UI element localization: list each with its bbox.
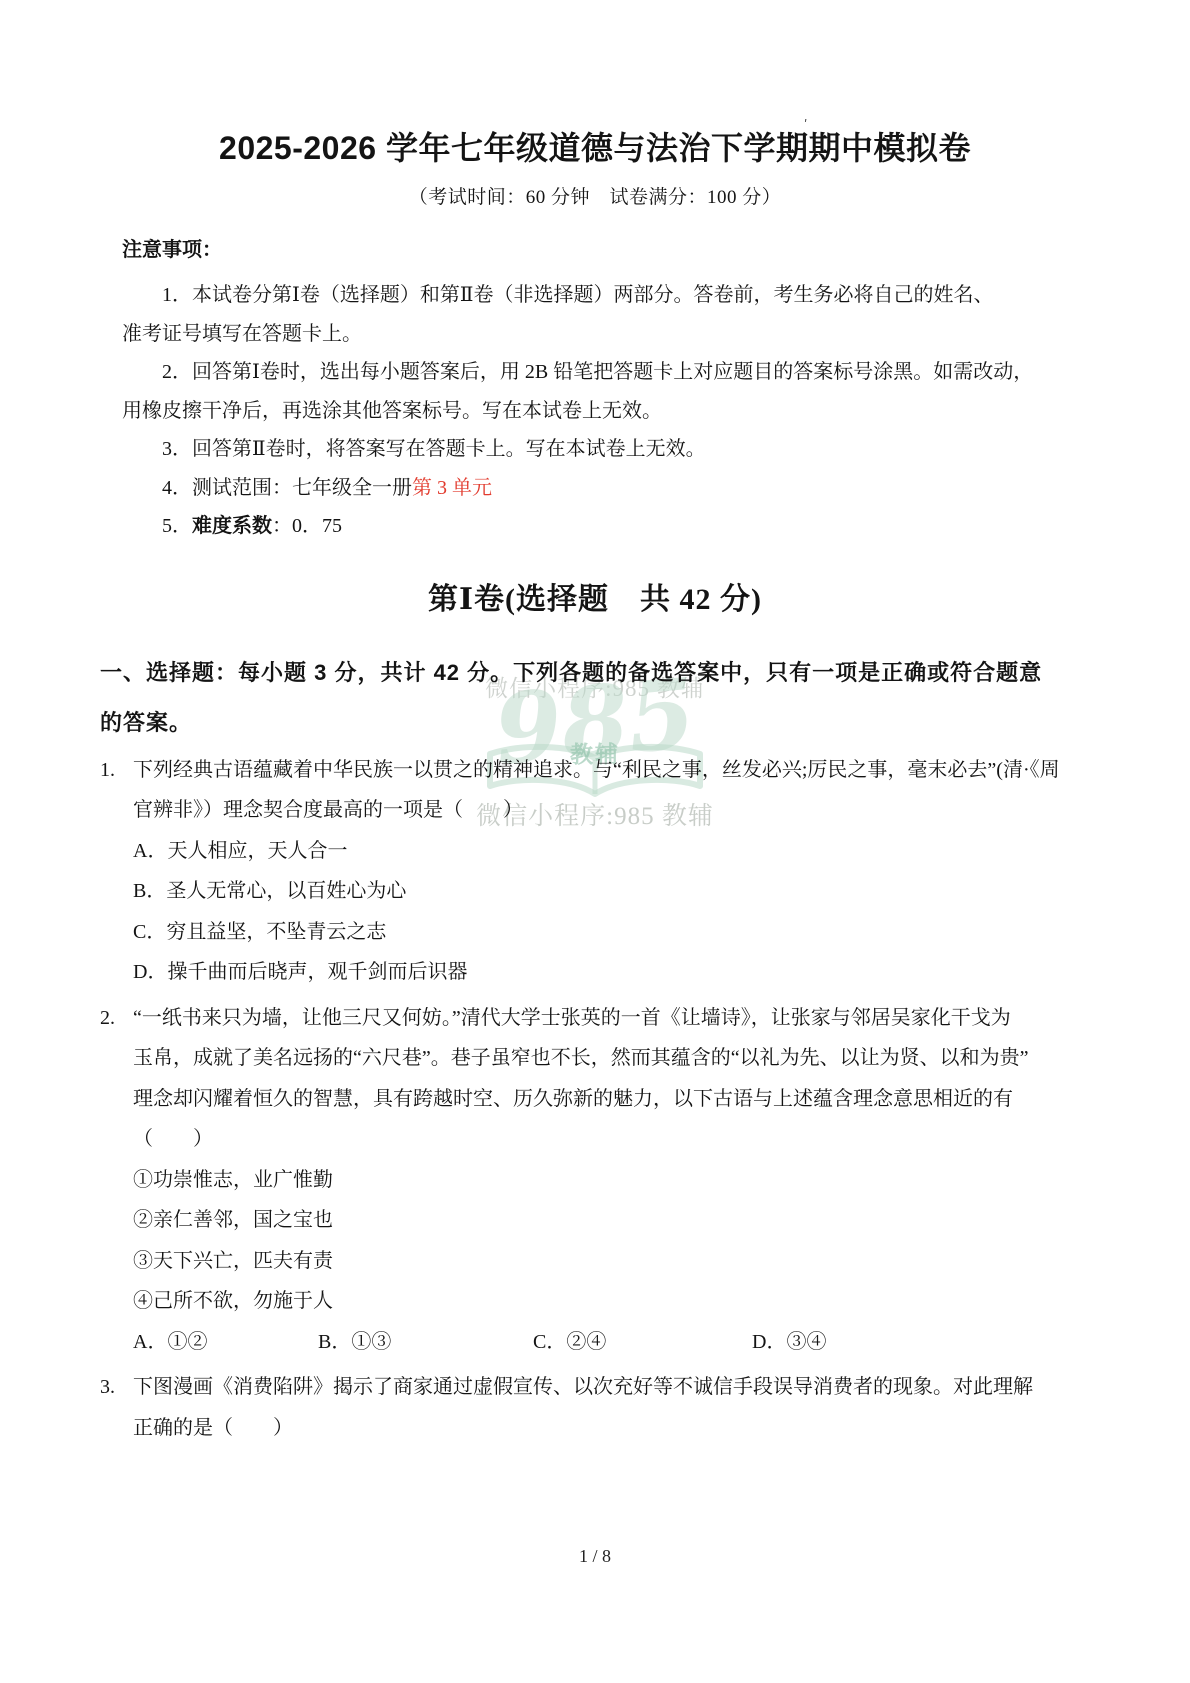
question-3: 3. 下图漫画《消费陷阱》揭示了商家通过虚假宣传、以次充好等不诚信手段误导消费者…: [100, 1367, 1090, 1448]
choice-item: B．①③: [318, 1322, 533, 1363]
option-item: C．穷且益坚，不坠青云之志: [133, 912, 1090, 953]
option-item: A．天人相应，天人合一: [133, 831, 1090, 872]
notice-item-3: 3．回答第Ⅱ卷时，将答案写在答题卡上。写在本试卷上无效。: [122, 430, 1090, 469]
question-list: 1. 下列经典古语蕴藏着中华民族一以贯之的精神追求。与“利民之事，丝发必兴;厉民…: [100, 750, 1090, 1449]
notice-line: 3．回答第Ⅱ卷时，将答案写在答题卡上。写在本试卷上无效。: [122, 430, 1090, 469]
notice-item-5-num: 5．: [162, 515, 192, 537]
notice-item-2: 2．回答第Ⅰ卷时，选出每小题答案后，用 2B 铅笔把答题卡上对应题目的答案标号涂…: [122, 353, 1090, 430]
notice-item-4: 4．测试范围：七年级全一册第 3 单元: [122, 469, 1090, 508]
notice-line: 2．回答第Ⅰ卷时，选出每小题答案后，用 2B 铅笔把答题卡上对应题目的答案标号涂…: [122, 353, 1090, 392]
notice-line: 1．本试卷分第Ⅰ卷（选择题）和第Ⅱ卷（非选择题）两部分。答卷前，考生务必将自己的…: [122, 276, 1090, 315]
option-item: B．圣人无常心，以百姓心为心: [133, 871, 1090, 912]
notice-item-5: 5．难度系数：0．75: [122, 507, 1090, 546]
notice-heading: 注意事项：: [122, 235, 1090, 265]
question-stem-line: 下图漫画《消费陷阱》揭示了商家通过虚假宣传、以次充好等不诚信手段误导消费者的现象…: [133, 1367, 1090, 1408]
page-footer: 1 / 8: [0, 1546, 1190, 1567]
difficulty-label: 难度系数: [192, 515, 272, 537]
question-stem-line: 玉帛，成就了美名远扬的“六尺巷”。巷子虽窄也不长，然而其蕴含的“以礼为先、以让为…: [133, 1038, 1090, 1079]
notice-line: 用橡皮擦干净后，再选涂其他答案标号。写在本试卷上无效。: [122, 392, 1090, 431]
question-number: 1.: [100, 750, 115, 791]
section1-intro: 一、选择题：每小题 3 分，共计 42 分。下列各题的备选答案中，只有一项是正确…: [100, 648, 1090, 748]
intro-line: 的答案。: [100, 698, 1090, 748]
question-1: 1. 下列经典古语蕴藏着中华民族一以贯之的精神追求。与“利民之事，丝发必兴;厉民…: [100, 750, 1090, 993]
question-number: 2.: [100, 998, 115, 1039]
choice-row: A．①②B．①③C．②④D．③④: [133, 1322, 1090, 1363]
choice-item: C．②④: [533, 1322, 752, 1363]
notice-item-1: 1．本试卷分第Ⅰ卷（选择题）和第Ⅱ卷（非选择题）两部分。答卷前，考生务必将自己的…: [122, 276, 1090, 353]
corner-mark: ʹ: [804, 118, 807, 132]
statement-item: ①功崇惟志，业广惟勤: [133, 1160, 1090, 1201]
question-number: 3.: [100, 1367, 115, 1408]
question-stem-line: 理念却闪耀着恒久的智慧，具有跨越时空、历久弥新的魅力，以下古语与上述蕴含理念意思…: [133, 1079, 1090, 1120]
question-stem-line: 下列经典古语蕴藏着中华民族一以贯之的精神追求。与“利民之事，丝发必兴;厉民之事，…: [133, 750, 1090, 791]
intro-line: 一、选择题：每小题 3 分，共计 42 分。下列各题的备选答案中，只有一项是正确…: [100, 648, 1090, 698]
question-stem-line: 官辨非》）理念契合度最高的一项是（ ）: [133, 790, 1090, 831]
notice-section: 注意事项： 1．本试卷分第Ⅰ卷（选择题）和第Ⅱ卷（非选择题）两部分。答卷前，考生…: [122, 235, 1090, 546]
choice-item: D．③④: [752, 1322, 826, 1363]
exam-paper-page: 微信小程序:985 教辅 985 教辅 微信小程序:985 教辅 ʹ 2025-…: [0, 0, 1190, 1683]
page-title: 2025-2026 学年七年级道德与法治下学期期中模拟卷: [100, 128, 1090, 168]
page-content: 2025-2026 学年七年级道德与法治下学期期中模拟卷 （考试时间：60 分钟…: [0, 0, 1190, 1448]
question-2: 2. “一纸书来只为墙，让他三尺又何妨。”清代大学士张英的一首《让墙诗》，让张家…: [100, 998, 1090, 1363]
notice-scope-highlight: 第 3 单元: [412, 477, 492, 499]
statement-item: ③天下兴亡，匹夫有责: [133, 1241, 1090, 1282]
difficulty-value: ：0．75: [272, 515, 342, 537]
question-stem-line: “一纸书来只为墙，让他三尺又何妨。”清代大学士张英的一首《让墙诗》，让张家与邻居…: [133, 998, 1090, 1039]
question-stem-line: 正确的是（ ）: [133, 1408, 1090, 1449]
notice-line: 4．测试范围：七年级全一册第 3 单元: [122, 469, 1090, 508]
notice-item-4-text: 4．测试范围：七年级全一册: [162, 477, 412, 499]
notice-line: 5．难度系数：0．75: [122, 507, 1090, 546]
exam-meta: （考试时间：60 分钟 试卷满分：100 分）: [100, 185, 1090, 211]
section1-heading: 第Ⅰ卷(选择题 共 42 分): [100, 580, 1090, 620]
option-item: D．操千曲而后晓声，观千剑而后识器: [133, 952, 1090, 993]
statement-item: ②亲仁善邻，国之宝也: [133, 1200, 1090, 1241]
question-stem-line: （ ）: [133, 1119, 1090, 1160]
notice-line: 准考证号填写在答题卡上。: [122, 315, 1090, 354]
statement-item: ④己所不欲，勿施于人: [133, 1281, 1090, 1322]
choice-item: A．①②: [133, 1322, 318, 1363]
